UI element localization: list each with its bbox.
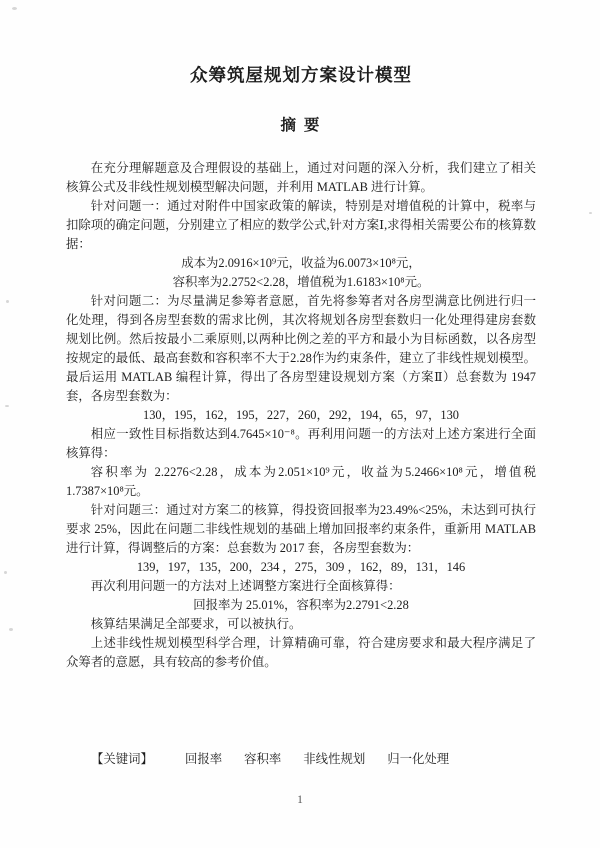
paragraph-recheck: 再次利用问题一的方法对上述调整方案进行全面核算得： — [66, 577, 536, 596]
paragraph-consistency: 相应一致性目标指数达到4.7645×10⁻⁸。再利用问题一的方法对上述方案进行全… — [66, 425, 536, 463]
keyword-item: 容积率 — [244, 752, 281, 766]
scan-noise — [9, 628, 13, 631]
keywords-row: 【关键词】回报率容积率非线性规划归一化处理 — [66, 750, 536, 769]
paragraph-feasible: 核算结果满足全部要求，可以被执行。 — [66, 615, 536, 634]
formula-return-rate: 回报率为 25.01%，容积率为2.2791<2.28 — [66, 596, 536, 615]
formula-ratio-tax: 容积率为2.2752<2.28，增值税为1.6183×10⁸元。 — [66, 273, 536, 292]
scan-noise — [589, 212, 592, 214]
formula-cost-revenue: 成本为2.0916×10⁹元，收益为6.0073×10⁸元， — [66, 254, 536, 273]
scan-noise — [12, 7, 17, 10]
page-number: 1 — [0, 794, 600, 806]
page-title: 众筹筑屋规划方案设计模型 — [66, 62, 536, 87]
scan-noise — [6, 300, 9, 303]
paragraph-conclusion: 上述非线性规划模型科学合理，计算精确可靠，符合建房要求和最大程序满足了众筹者的意… — [66, 634, 536, 672]
paragraph-problem2: 针对问题二：为尽量满足参筹者意愿，首先将参筹者对各房型满意比例进行归一化处理，得… — [66, 292, 536, 406]
house-counts-adjusted: 139，197，135，200，234 ，275，309 ，162，89，131… — [66, 558, 536, 577]
keyword-item: 非线性规划 — [303, 752, 365, 766]
paragraph-problem3: 针对问题三：通过对方案二的核算，得投资回报率为23.49%<25%，未达到可执行… — [66, 501, 536, 558]
keyword-item: 归一化处理 — [387, 752, 449, 766]
house-counts-plan2: 130，195，162，195，227，260，292，194，65，97，13… — [66, 406, 536, 425]
scan-noise — [4, 571, 7, 574]
paragraph-problem1: 针对问题一：通过对附件中国家政策的解读，特别是对增值税的计算中，税率与扣除项的确… — [66, 197, 536, 254]
keyword-item: 回报率 — [185, 752, 222, 766]
abstract-heading: 摘 要 — [66, 113, 536, 135]
keywords-label: 【关键词】 — [91, 752, 153, 766]
document-page: 众筹筑屋规划方案设计模型 摘 要 在充分理解题意及合理假设的基础上，通过对问题的… — [0, 0, 600, 848]
paragraph-plan2-results: 容积率为 2.2276<2.28，成本为2.051×10⁹元，收益为5.2466… — [66, 463, 536, 501]
scan-noise — [5, 405, 9, 407]
abstract-body: 在充分理解题意及合理假设的基础上，通过对问题的深入分析，我们建立了相关核算公式及… — [66, 159, 536, 672]
paragraph-intro: 在充分理解题意及合理假设的基础上，通过对问题的深入分析，我们建立了相关核算公式及… — [66, 159, 536, 197]
